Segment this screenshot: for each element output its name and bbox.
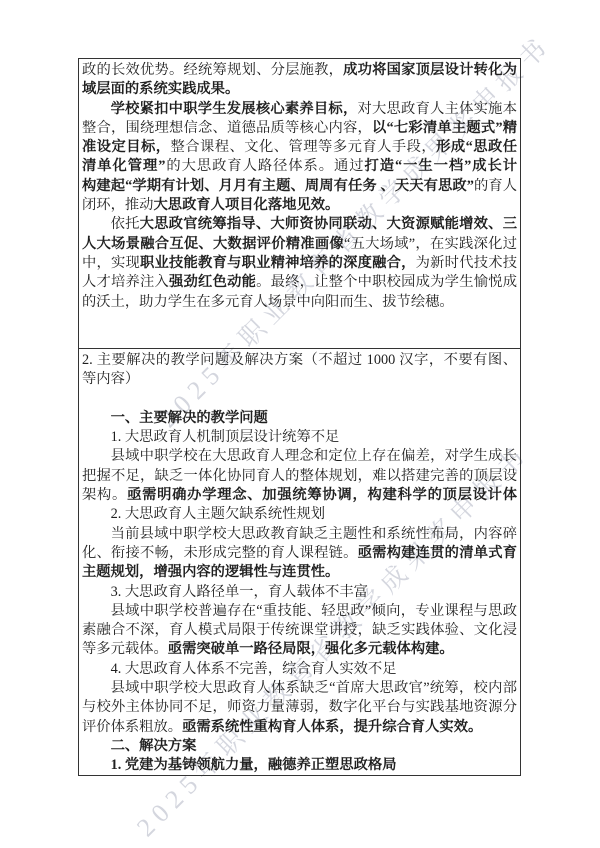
bold-text-segment: 一、主要解决的教学问题: [111, 410, 268, 426]
bold-text-segment: 亟需系统性重构育人体系，提升综合育人实效。: [182, 719, 482, 735]
text-line: 县域中职学校普遍存在“重技能、轻思政”倾向，专业课程与思政元: [82, 602, 517, 621]
text-segment: 整合课程、文化、管理等多元育人手段，: [171, 139, 437, 155]
text-segment: 依托: [111, 216, 140, 232]
text-segment: 把握不足，缺乏一体化协同育人的整体规划，难以搭建完善的顶层设计: [82, 468, 517, 486]
text-segment: 人才培养注入: [82, 274, 169, 290]
text-line: 县域中职学校在大思政育人理念和定位上存在偏差，对学生成长规律: [82, 447, 517, 466]
text-line: 2. 大思政育人主题欠缺系统性规划: [82, 505, 517, 524]
bold-text-segment: 以“七彩清单主题式”精: [372, 120, 517, 136]
text-line: 政的长效优势。经统筹规划、分层施教，成功将国家顶层设计转化为县: [82, 61, 517, 80]
text-segment: 1. 大思政育人机制顶层设计统筹不足: [111, 429, 340, 445]
text-line: 二、解决方案: [82, 737, 517, 756]
text-segment: 等多元载体。: [82, 641, 168, 657]
text-line: 主题规划，增强内容的逻辑性与连贯性。: [82, 563, 517, 582]
text-segment: 化、衔接不畅，未形成完整的育人课程链。: [82, 545, 358, 561]
cell-problems-and-solutions: 2. 主要解决的教学问题及解决方案（不超过 1000 汉字，不要有图、表等内容）…: [79, 349, 520, 775]
text-line: 化、衔接不畅，未形成完整的育人课程链。亟需构建连贯的清单式育人: [82, 544, 517, 563]
text-segment: 整合，围绕理想信念、道德品质等核心内容，: [82, 120, 372, 136]
text-line: 域层面的系统实践成果。: [82, 80, 517, 99]
text-line: 评价体系粗放。亟需系统性重构育人体系，提升综合育人实效。: [82, 718, 517, 737]
text-segment: 当前县域中职学校大思政教育缺乏主题性和系统性布局，内容碎片: [82, 526, 517, 544]
text-line: 整合，围绕理想信念、道德品质等核心内容，以“七彩清单主题式”精: [82, 119, 517, 138]
text-segment: 的沃土，助力学生在多元育人场景中向阳而生、拔节绘穗。: [82, 294, 454, 310]
cell-achievement-summary-continued: 政的长效优势。经统筹规划、分层施教，成功将国家顶层设计转化为县域层面的系统实践成…: [79, 59, 520, 349]
bold-text-segment: 二、解决方案: [111, 738, 197, 754]
bold-text-segment: 人大场景融合互促、大数据评价精准画像: [82, 236, 344, 252]
text-segment: 中，实现: [82, 255, 140, 271]
text-line: 人才培养注入强劲红色动能。最终，让整个中职校园成为学生愉悦成长: [82, 273, 517, 292]
text-segment: 与校外主体协同不足，师资力量薄弱，数字化平台与实践基地资源分散，: [82, 699, 517, 717]
bold-text-segment: 主题规划，增强内容的逻辑性与连贯性。: [82, 564, 339, 580]
text-line: 架构。亟需明确办学理念、加强统筹协调，构建科学的顶层设计体系。: [82, 486, 517, 505]
bold-text-segment: 构建起“学期有计划、月月有主题、周周有任务 、天天有思政”: [82, 178, 474, 194]
text-segment: 的育人: [474, 178, 517, 194]
bold-text-segment: 学校紧扣中职学生发展核心素养目标，: [111, 101, 358, 117]
text-line: 中，实现职业技能教育与职业精神培养的深度融合，为新时代技术技能: [82, 254, 517, 273]
text-line: 等内容）: [82, 370, 517, 389]
text-segment: 评价体系粗放。: [82, 719, 182, 735]
text-line: 1. 大思政育人机制顶层设计统筹不足: [82, 428, 517, 447]
text-line: 2. 主要解决的教学问题及解决方案（不超过 1000 汉字，不要有图、表: [82, 351, 517, 370]
bold-text-segment: 亟需明确办学理念、加强统筹协调，构建科学的顶层设计体系。: [82, 487, 517, 505]
bold-text-segment: 准设定目标，: [82, 139, 171, 155]
text-segment: 2. 大思政育人主题欠缺系统性规划: [111, 506, 325, 522]
text-line: 把握不足，缺乏一体化协同育人的整体规划，难以搭建完善的顶层设计: [82, 467, 517, 486]
text-segment: 架构。: [82, 487, 127, 503]
text-line: 3. 大思政育人路径单一，育人载体不丰富: [82, 583, 517, 602]
bold-text-segment: 大思政育人项目化落地见效。: [153, 197, 339, 213]
text-line: 闭环，推动大思政育人项目化落地见效。: [82, 196, 517, 215]
bold-text-segment: 清单化管理”: [82, 158, 165, 174]
text-segment: 2. 主要解决的教学问题及解决方案（不超过 1000 汉字，不要有图、表: [82, 352, 517, 370]
text-segment: 的大思政育人路径体系。通过: [165, 158, 364, 174]
text-line: 准设定目标，整合课程、文化、管理等多元育人手段，形成“思政任务: [82, 138, 517, 157]
application-form-table: 政的长效优势。经统筹规划、分层施教，成功将国家顶层设计转化为县域层面的系统实践成…: [78, 58, 521, 776]
text-segment: 素融合不深，育人模式局限于传统课堂讲授，缺乏实践体验、文化浸润: [82, 622, 517, 640]
text-segment: 3. 大思政育人路径单一，育人载体不丰富: [111, 584, 368, 600]
text-line: 构建起“学期有计划、月月有主题、周周有任务 、天天有思政”的育人: [82, 177, 517, 196]
text-line: 依托大思政官统筹指导、大师资协同联动、大资源赋能增效、三全育: [82, 215, 517, 234]
text-line: 人大场景融合互促、大数据评价精准画像“五大场域”，在实践深化过程: [82, 235, 517, 254]
text-segment: 政的长效优势。经统筹规划、分层施教，: [82, 62, 343, 78]
text-line: 一、主要解决的教学问题: [82, 409, 517, 428]
text-segment: 县域中职学校大思政育人体系缺乏“首席大思政官”统筹，校内部门: [82, 680, 517, 698]
text-line: 等多元载体。亟需突破单一路径局限，强化多元载体构建。: [82, 640, 517, 659]
bold-text-segment: 亟需突破单一路径局限，强化多元载体构建。: [168, 641, 454, 657]
document-page: 2025年职业教育省教学成果奖申报书 2025年职业教育省教学成果奖申报书 政的…: [0, 0, 600, 848]
text-line: 1. 党建为基铸领航力量，融德养正塑思政格局: [82, 756, 517, 775]
text-segment: 闭环，推动: [82, 197, 153, 213]
text-line: 素融合不深，育人模式局限于传统课堂讲授，缺乏实践体验、文化浸润: [82, 621, 517, 640]
text-line: 与校外主体协同不足，师资力量薄弱，数字化平台与实践基地资源分散，: [82, 698, 517, 717]
text-segment: 等内容）: [82, 371, 139, 387]
text-line: 4. 大思政育人体系不完善，综合育人实效不足: [82, 660, 517, 679]
bold-text-segment: 职业技能教育与职业精神培养的深度融合，: [140, 255, 416, 271]
bold-text-segment: 大思政官统筹指导、大师资协同联动、大资源赋能增效、三全育: [82, 216, 517, 234]
bold-text-segment: 1. 党建为基铸领航力量，融德养正塑思政格局: [111, 757, 397, 773]
text-line: 学校紧扣中职学生发展核心素养目标，对大思政育人主体实施本土化: [82, 100, 517, 119]
text-segment: 县域中职学校在大思政育人理念和定位上存在偏差，对学生成长规律: [82, 448, 517, 466]
blank-line: [82, 390, 517, 409]
text-segment: 县域中职学校普遍存在“重技能、轻思政”倾向，专业课程与思政元: [82, 603, 517, 621]
text-line: 县域中职学校大思政育人体系缺乏“首席大思政官”统筹，校内部门: [82, 679, 517, 698]
bold-text-segment: 域层面的系统实践成果。: [82, 81, 239, 97]
text-line: 当前县域中职学校大思政教育缺乏主题性和系统性布局，内容碎片: [82, 525, 517, 544]
text-line: 清单化管理”的大思政育人路径体系。通过打造“一生一档”成长计划，: [82, 157, 517, 176]
bold-text-segment: 强劲红色动能: [169, 274, 256, 290]
text-line: 的沃土，助力学生在多元育人场景中向阳而生、拔节绘穗。: [82, 293, 517, 312]
text-segment: 4. 大思政育人体系不完善，综合育人实效不足: [111, 661, 397, 677]
